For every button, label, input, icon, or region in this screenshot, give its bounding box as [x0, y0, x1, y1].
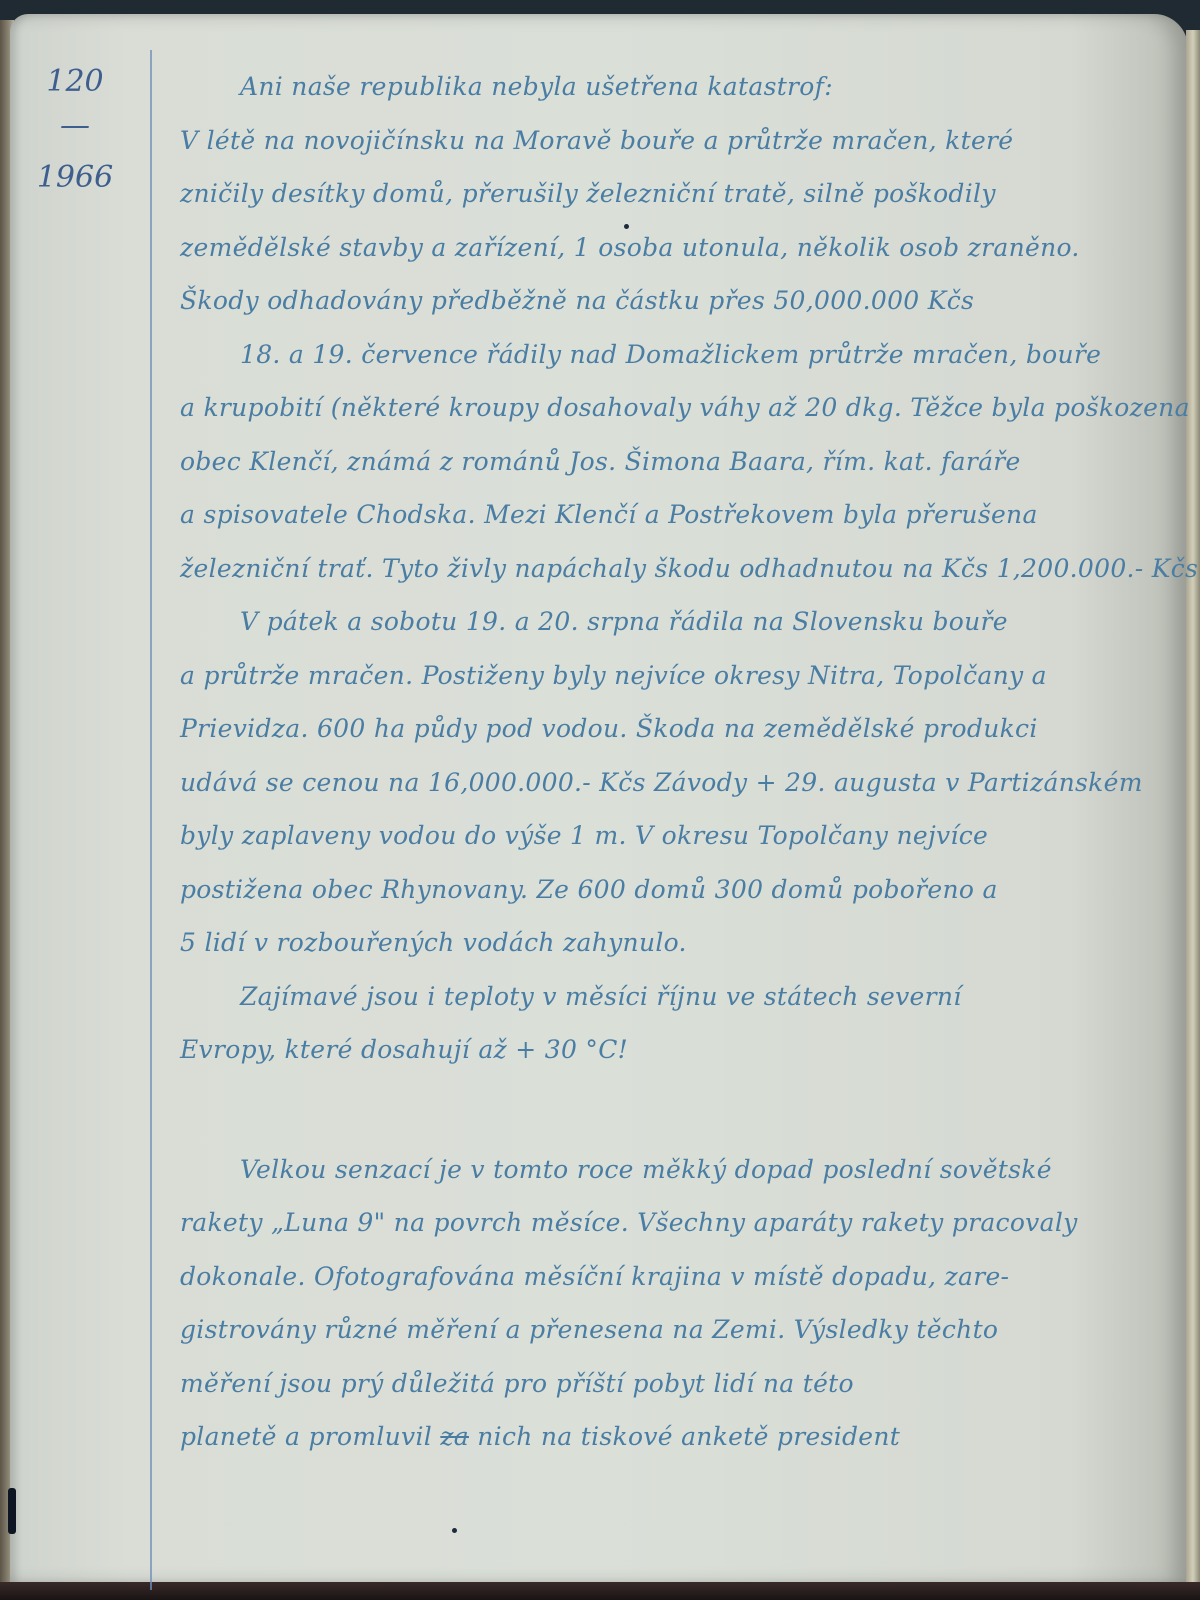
text-line: a krupobití (některé kroupy dosahovaly v… — [180, 381, 1150, 435]
book-edge-right — [1186, 30, 1200, 1600]
text-line: udává se cenou na 16,000.000.- Kčs Závod… — [180, 756, 1150, 810]
text-line: zničily desítky domů, přerušily železnič… — [180, 167, 1150, 221]
paragraph-3: V pátek a sobotu 19. a 20. srpna řádila … — [180, 595, 1150, 970]
struck-word: za — [440, 1422, 469, 1451]
margin-separator: — — [30, 108, 120, 143]
margin-rule — [150, 50, 152, 1590]
text-line: dokonale. Ofotografována měsíční krajina… — [180, 1250, 1150, 1304]
text-line: měření jsou prý důležitá pro příští poby… — [180, 1357, 1150, 1411]
margin-year: 1966 — [30, 160, 120, 195]
text-line: a průtrže mračen. Postiženy byly nejvíce… — [180, 649, 1150, 703]
text-line: Škody odhadovány předběžně na částku pře… — [180, 274, 1150, 328]
ink-spot — [624, 224, 629, 229]
text-line: Zajímavé jsou i teploty v měsíci říjnu v… — [180, 970, 1150, 1024]
text-line: V pátek a sobotu 19. a 20. srpna řádila … — [180, 595, 1150, 649]
text-line: gistrovány různé měření a přenesena na Z… — [180, 1303, 1150, 1357]
text-fragment: planetě a promluvil — [180, 1422, 440, 1451]
text-line: V létě na novojičínsku na Moravě bouře a… — [180, 114, 1150, 168]
binding-clip — [8, 1488, 16, 1534]
paragraph-4: Zajímavé jsou i teploty v měsíci říjnu v… — [180, 970, 1150, 1077]
paragraph-5: Velkou senzací je v tomto roce měkký dop… — [180, 1143, 1150, 1464]
paragraph-1: Ani naše republika nebyla ušetřena katas… — [180, 60, 1150, 328]
paragraph-2: 18. a 19. července řádily nad Domažlicke… — [180, 328, 1150, 596]
text-line: a spisovatele Chodska. Mezi Klenčí a Pos… — [180, 488, 1150, 542]
text-line: Evropy, které dosahují až + 30 °C! — [180, 1023, 1150, 1077]
text-line: Prievidza. 600 ha půdy pod vodou. Škoda … — [180, 702, 1150, 756]
text-line: Velkou senzací je v tomto roce měkký dop… — [180, 1143, 1150, 1197]
text-line: postižena obec Rhynovany. Ze 600 domů 30… — [180, 863, 1150, 917]
book-bottom-edge — [0, 1582, 1200, 1600]
ink-spot — [452, 1528, 457, 1533]
text-line: Ani naše republika nebyla ušetřena katas… — [180, 60, 1150, 114]
text-line: obec Klenčí, známá z románů Jos. Šimona … — [180, 435, 1150, 489]
text-line: 5 lidí v rozbouřených vodách zahynulo. — [180, 916, 1150, 970]
margin-page-number: 120 — [30, 64, 120, 99]
paragraph-gap — [180, 1077, 1150, 1143]
handwritten-text: Ani naše republika nebyla ušetřena katas… — [180, 60, 1150, 1464]
text-line: 18. a 19. července řádily nad Domažlicke… — [180, 328, 1150, 382]
text-fragment: nich na tiskové anketě president — [469, 1422, 900, 1451]
text-line: železniční trať. Tyto živly napáchaly šk… — [180, 542, 1150, 596]
text-line: rakety „Luna 9" na povrch měsíce. Všechn… — [180, 1196, 1150, 1250]
text-line: byly zaplaveny vodou do výše 1 m. V okre… — [180, 809, 1150, 863]
text-line: zemědělské stavby a zařízení, 1 osoba ut… — [180, 221, 1150, 275]
text-line: planetě a promluvil za nich na tiskové a… — [180, 1410, 1150, 1464]
